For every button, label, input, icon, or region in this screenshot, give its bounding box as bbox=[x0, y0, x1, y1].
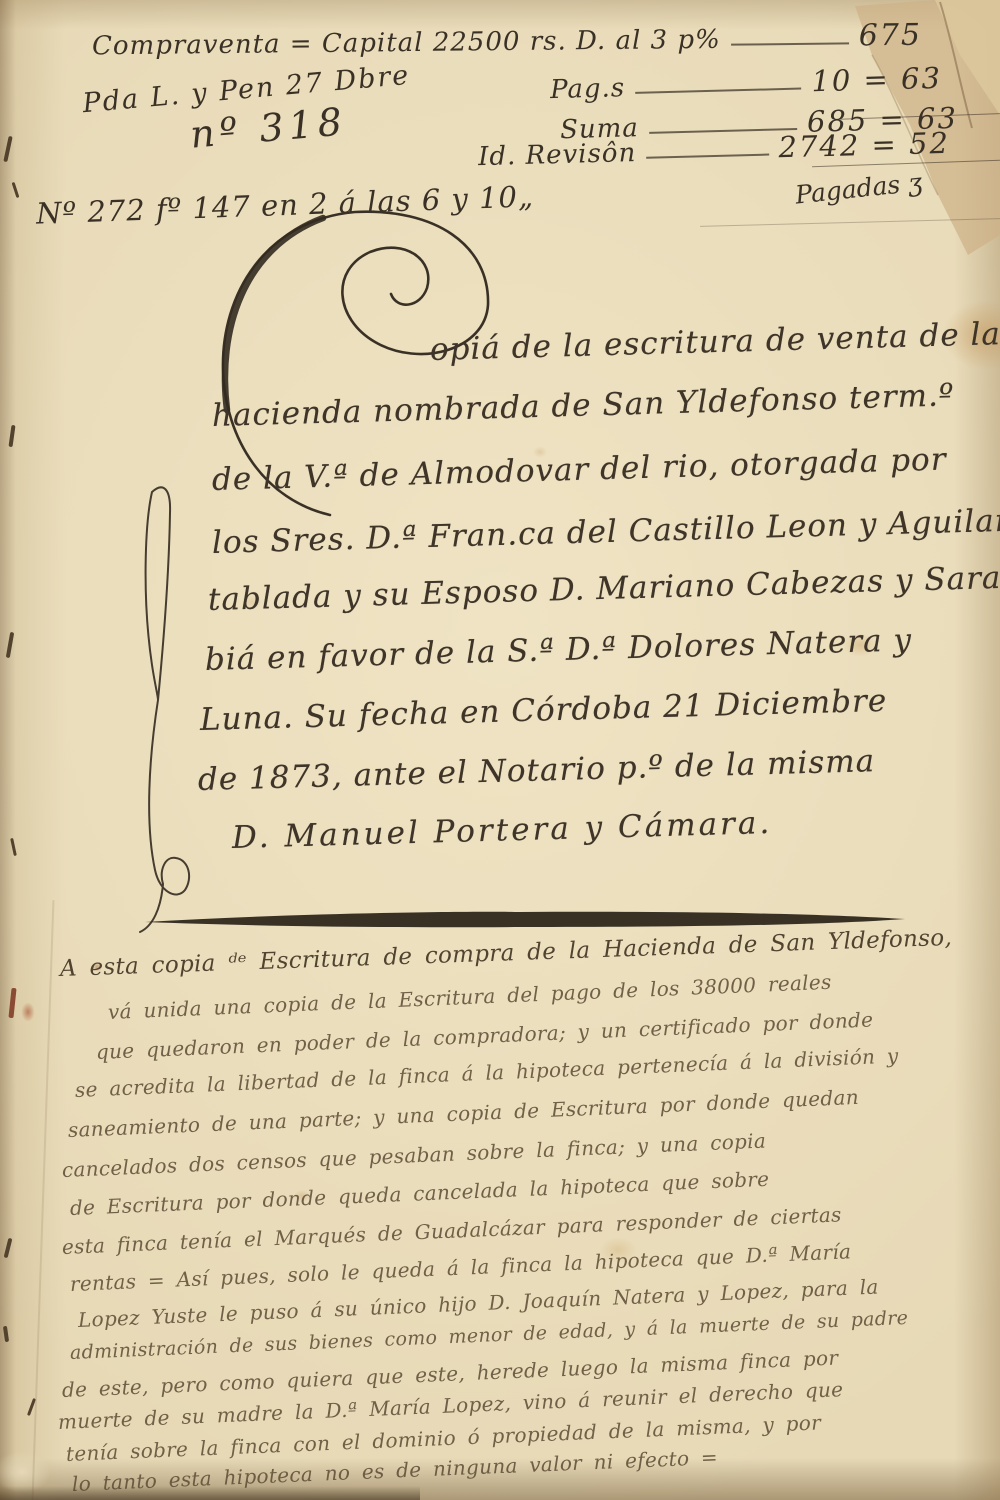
bottom-edge-shadow bbox=[0, 1486, 420, 1500]
account-row-rule bbox=[646, 154, 768, 159]
ledger-capital-rule bbox=[731, 42, 849, 45]
margin-flourish bbox=[125, 478, 235, 948]
account-row-label: Id. Revisôn bbox=[478, 138, 637, 172]
manuscript-scan: { "colors": { "paper": "#e7d9b6", "paper… bbox=[0, 0, 1000, 1500]
account-row-value: 10 = 63 bbox=[811, 61, 942, 98]
account-row-label: Pag.s bbox=[550, 73, 626, 105]
account-row-value: 2742 = 52 bbox=[778, 126, 950, 164]
account-row-rule bbox=[635, 88, 801, 94]
ledger-capital-value: 675 bbox=[859, 18, 923, 54]
